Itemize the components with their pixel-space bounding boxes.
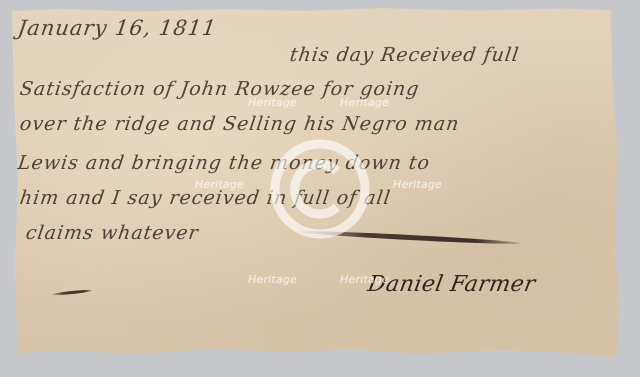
date-line: January 16, 1811 — [16, 16, 218, 40]
text-line-6: claims whatever — [24, 222, 200, 244]
text-line-3: over the ridge and Selling his Negro man — [18, 113, 461, 135]
signature: Daniel Farmer — [366, 272, 538, 297]
copyright-watermark-icon — [267, 136, 373, 242]
watermark-text: Heritage — [248, 96, 297, 109]
watermark-text: Heritage — [340, 273, 389, 286]
watermark-text: Heritage — [195, 178, 244, 191]
watermark-text: Heritage — [248, 273, 297, 286]
text-line-1: this day Received full — [288, 44, 520, 66]
watermark-text: Heritage — [393, 178, 442, 191]
watermark-text: Heritage — [340, 96, 389, 109]
